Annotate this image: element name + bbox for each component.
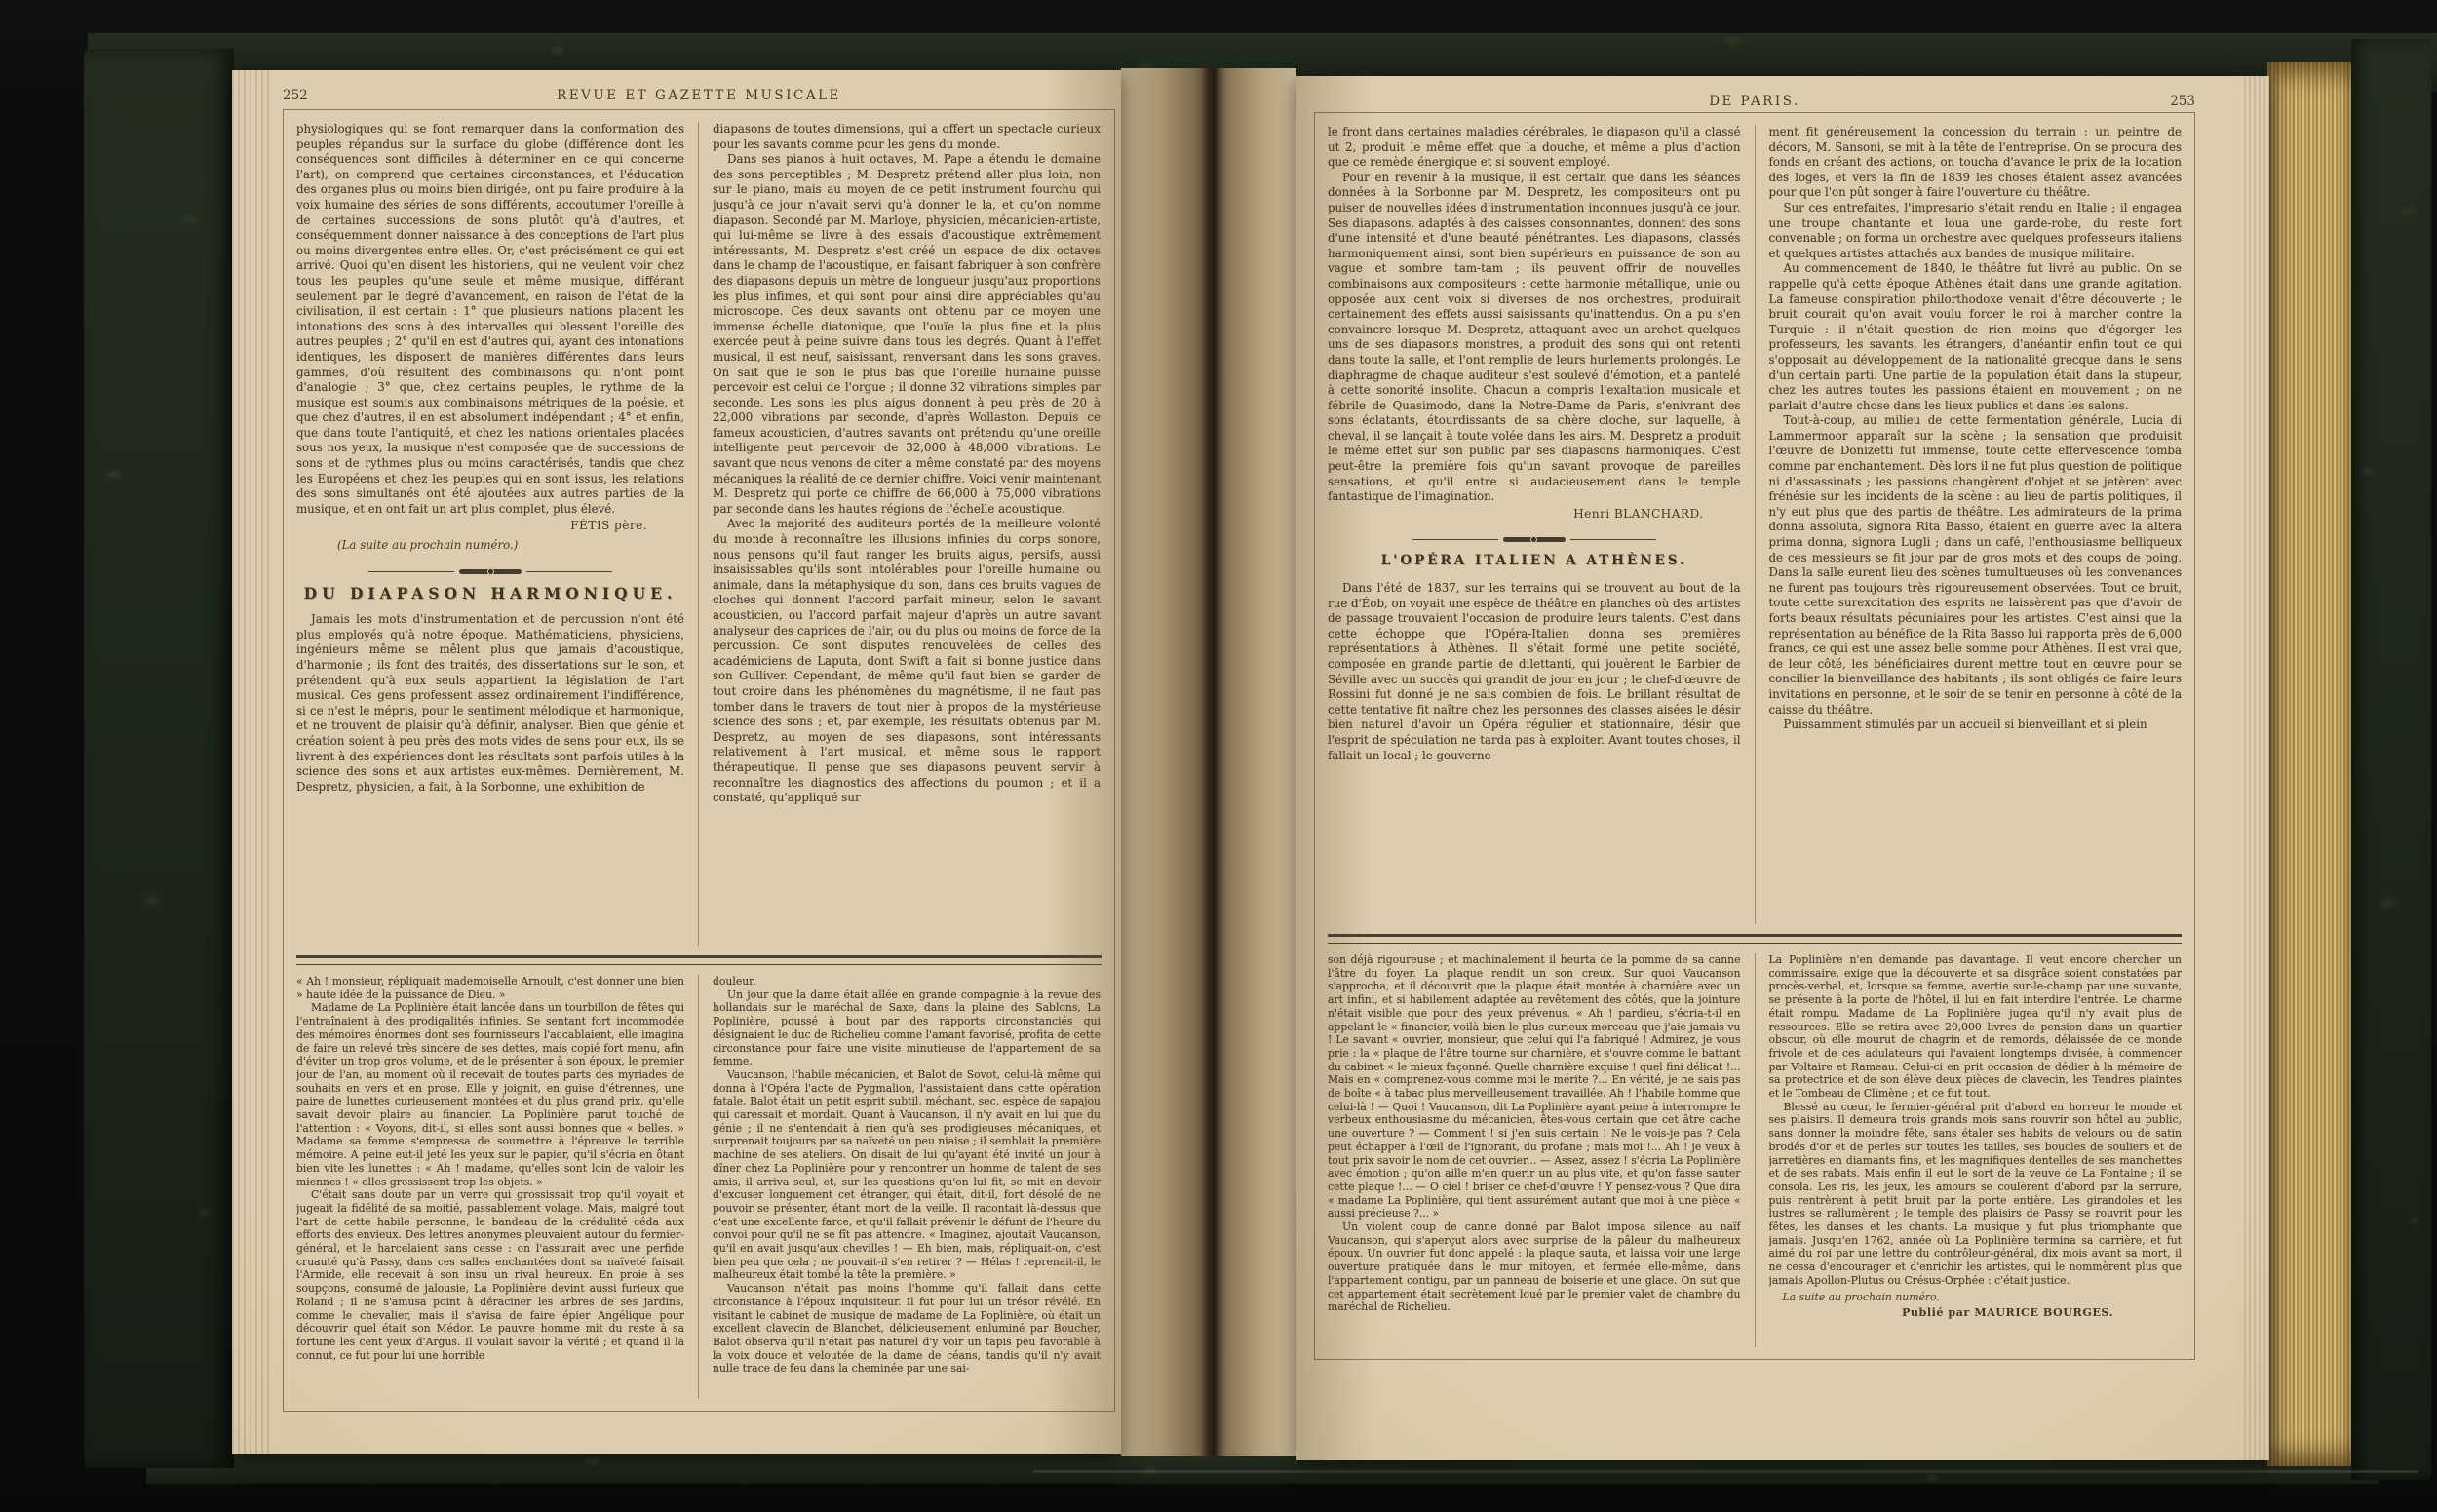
swelled-rule-ornament (368, 569, 612, 574)
paragraph: physiologiques qui se font remarquer dan… (296, 122, 684, 517)
paragraph: Blessé au cœur, le fermier-général prit … (1769, 1101, 2183, 1288)
left-page: 252 REVUE ET GAZETTE MUSICALE physiologi… (232, 70, 1121, 1454)
article-continuation-text: le front dans certaines maladies cérébra… (1328, 125, 1741, 505)
paragraph: Un jour que la dame était allée en grand… (713, 989, 1101, 1068)
left-feuilleton-column-1: « Ah ! monsieur, répliquait mademoiselle… (296, 975, 684, 1399)
paragraph: Avec la majorité des auditeurs portés de… (713, 517, 1101, 805)
right-page-header: DE PARIS. 253 (1314, 88, 2195, 109)
running-title-right: DE PARIS. (1402, 94, 2108, 109)
paragraph: Vaucanson, l'habile mécanicien, et Balot… (713, 1068, 1101, 1282)
article-title-diapason: DU DIAPASON HARMONIQUE. (296, 586, 684, 601)
paragraph: La Poplinière n'en demande pas davantage… (1769, 953, 2183, 1101)
paragraph: Jamais les mots d'instrumentation et de … (296, 612, 684, 795)
paragraph: « Ah ! monsieur, répliquait mademoiselle… (296, 975, 684, 1001)
paragraph: Tout-à-coup, au milieu de cette fermenta… (1769, 413, 2183, 717)
column-divider (1755, 125, 1756, 924)
author-signature: FÉTIS père. (296, 519, 684, 534)
book-cover-left (84, 49, 234, 1468)
running-title-left: REVUE ET GAZETTE MUSICALE (370, 88, 1027, 103)
right-feuilleton-column-2: La Poplinière n'en demande pas davantage… (1769, 953, 2183, 1347)
paragraph: ment fit généreusement la concession du … (1769, 125, 2183, 201)
paragraph: Vaucanson n'était pas moins l'homme qu'i… (713, 1282, 1101, 1376)
feuilleton-text: « Ah ! monsieur, répliquait mademoiselle… (296, 975, 684, 1362)
gutter-shadow (1201, 68, 1226, 1456)
book-cover-right (2351, 39, 2431, 1480)
right-page: DE PARIS. 253 le front dans certaines ma… (1296, 76, 2269, 1460)
left-page-text-frame: physiologiques qui se font remarquer dan… (283, 109, 1115, 1412)
paragraph: Pour en revenir à la musique, il est cer… (1328, 171, 1741, 505)
right-feuilleton-column-1: son déjà rigoureuse ; et machinalement i… (1328, 953, 1741, 1347)
left-feuilleton-columns: « Ah ! monsieur, répliquait mademoiselle… (296, 975, 1102, 1399)
paragraph: Sur ces entrefaites, l'impresario s'étai… (1769, 201, 2183, 261)
page-number-right: 253 (2108, 94, 2195, 109)
swelled-rule-ornament (1412, 537, 1656, 542)
column-divider (698, 975, 699, 1399)
paragraph: Dans l'été de 1837, sur les terrains qui… (1328, 581, 1741, 763)
continuation-note: (La suite au prochain numéro.) (337, 538, 684, 554)
right-main-columns: le front dans certaines maladies cérébra… (1328, 125, 2182, 924)
feuilleton-text: La Poplinière n'en demande pas davantage… (1769, 953, 2183, 1288)
right-feuilleton-columns: son déjà rigoureuse ; et machinalement i… (1328, 953, 2182, 1347)
article-opening-text: Jamais les mots d'instrumentation et de … (296, 612, 684, 795)
left-main-column-1: physiologiques qui se font remarquer dan… (296, 122, 684, 946)
right-main-column-1: le front dans certaines maladies cérébra… (1328, 125, 1741, 924)
article-title-opera-athenes: L'OPÉRA ITALIEN A ATHÈNES. (1328, 554, 1741, 569)
feuilleton-text: douleur.Un jour que la dame était allée … (713, 975, 1101, 1376)
paragraph: douleur. (713, 975, 1101, 989)
publisher-line: Publié par MAURICE BOURGES. (1769, 1306, 2183, 1320)
article-body-text: diapasons de toutes dimensions, qui a of… (713, 122, 1101, 806)
book-spread-photo: 252 REVUE ET GAZETTE MUSICALE physiologi… (0, 0, 2437, 1512)
column-divider (1755, 953, 1756, 1347)
author-signature: Henri BLANCHARD. (1328, 507, 1741, 523)
paragraph: son déjà rigoureuse ; et machinalement i… (1328, 953, 1741, 1221)
feuilleton-continuation-note: La suite au prochain numéro. (1783, 1291, 2183, 1304)
paragraph: diapasons de toutes dimensions, qui a of… (713, 122, 1101, 152)
article-opening-text: Dans l'été de 1837, sur les terrains qui… (1328, 581, 1741, 763)
page-number-left: 252 (283, 88, 370, 103)
article-body-text: ment fit généreusement la concession du … (1769, 125, 2183, 733)
paragraph: Puissamment stimulés par un accueil si b… (1769, 717, 2183, 733)
paragraph: Dans ses pianos à huit octaves, M. Pape … (713, 152, 1101, 517)
column-divider (698, 122, 699, 946)
feuilleton-separator-rule (1328, 934, 2182, 944)
table-edge-highlight (1033, 1470, 2418, 1473)
left-main-columns: physiologiques qui se font remarquer dan… (296, 122, 1102, 946)
paragraph: C'était sans doute par un verre qui gros… (296, 1188, 684, 1362)
right-main-column-2: ment fit généreusement la concession du … (1769, 125, 2183, 924)
right-page-text-frame: le front dans certaines maladies cérébra… (1314, 112, 2195, 1360)
paragraph: Un violent coup de canne donné par Balot… (1328, 1221, 1741, 1314)
article-continuation-text: physiologiques qui se font remarquer dan… (296, 122, 684, 517)
left-feuilleton-column-2: douleur.Un jour que la dame était allée … (713, 975, 1101, 1399)
paragraph: Madame de La Poplinière était lancée dan… (296, 1001, 684, 1188)
feuilleton-text: son déjà rigoureuse ; et machinalement i… (1328, 953, 1741, 1314)
feuilleton-separator-rule (296, 955, 1102, 965)
paragraph: Au commencement de 1840, le théâtre fut … (1769, 261, 2183, 413)
page-edges-right (2267, 62, 2357, 1466)
left-main-column-2: diapasons de toutes dimensions, qui a of… (713, 122, 1101, 946)
paragraph: le front dans certaines maladies cérébra… (1328, 125, 1741, 171)
left-page-header: 252 REVUE ET GAZETTE MUSICALE (283, 82, 1115, 103)
